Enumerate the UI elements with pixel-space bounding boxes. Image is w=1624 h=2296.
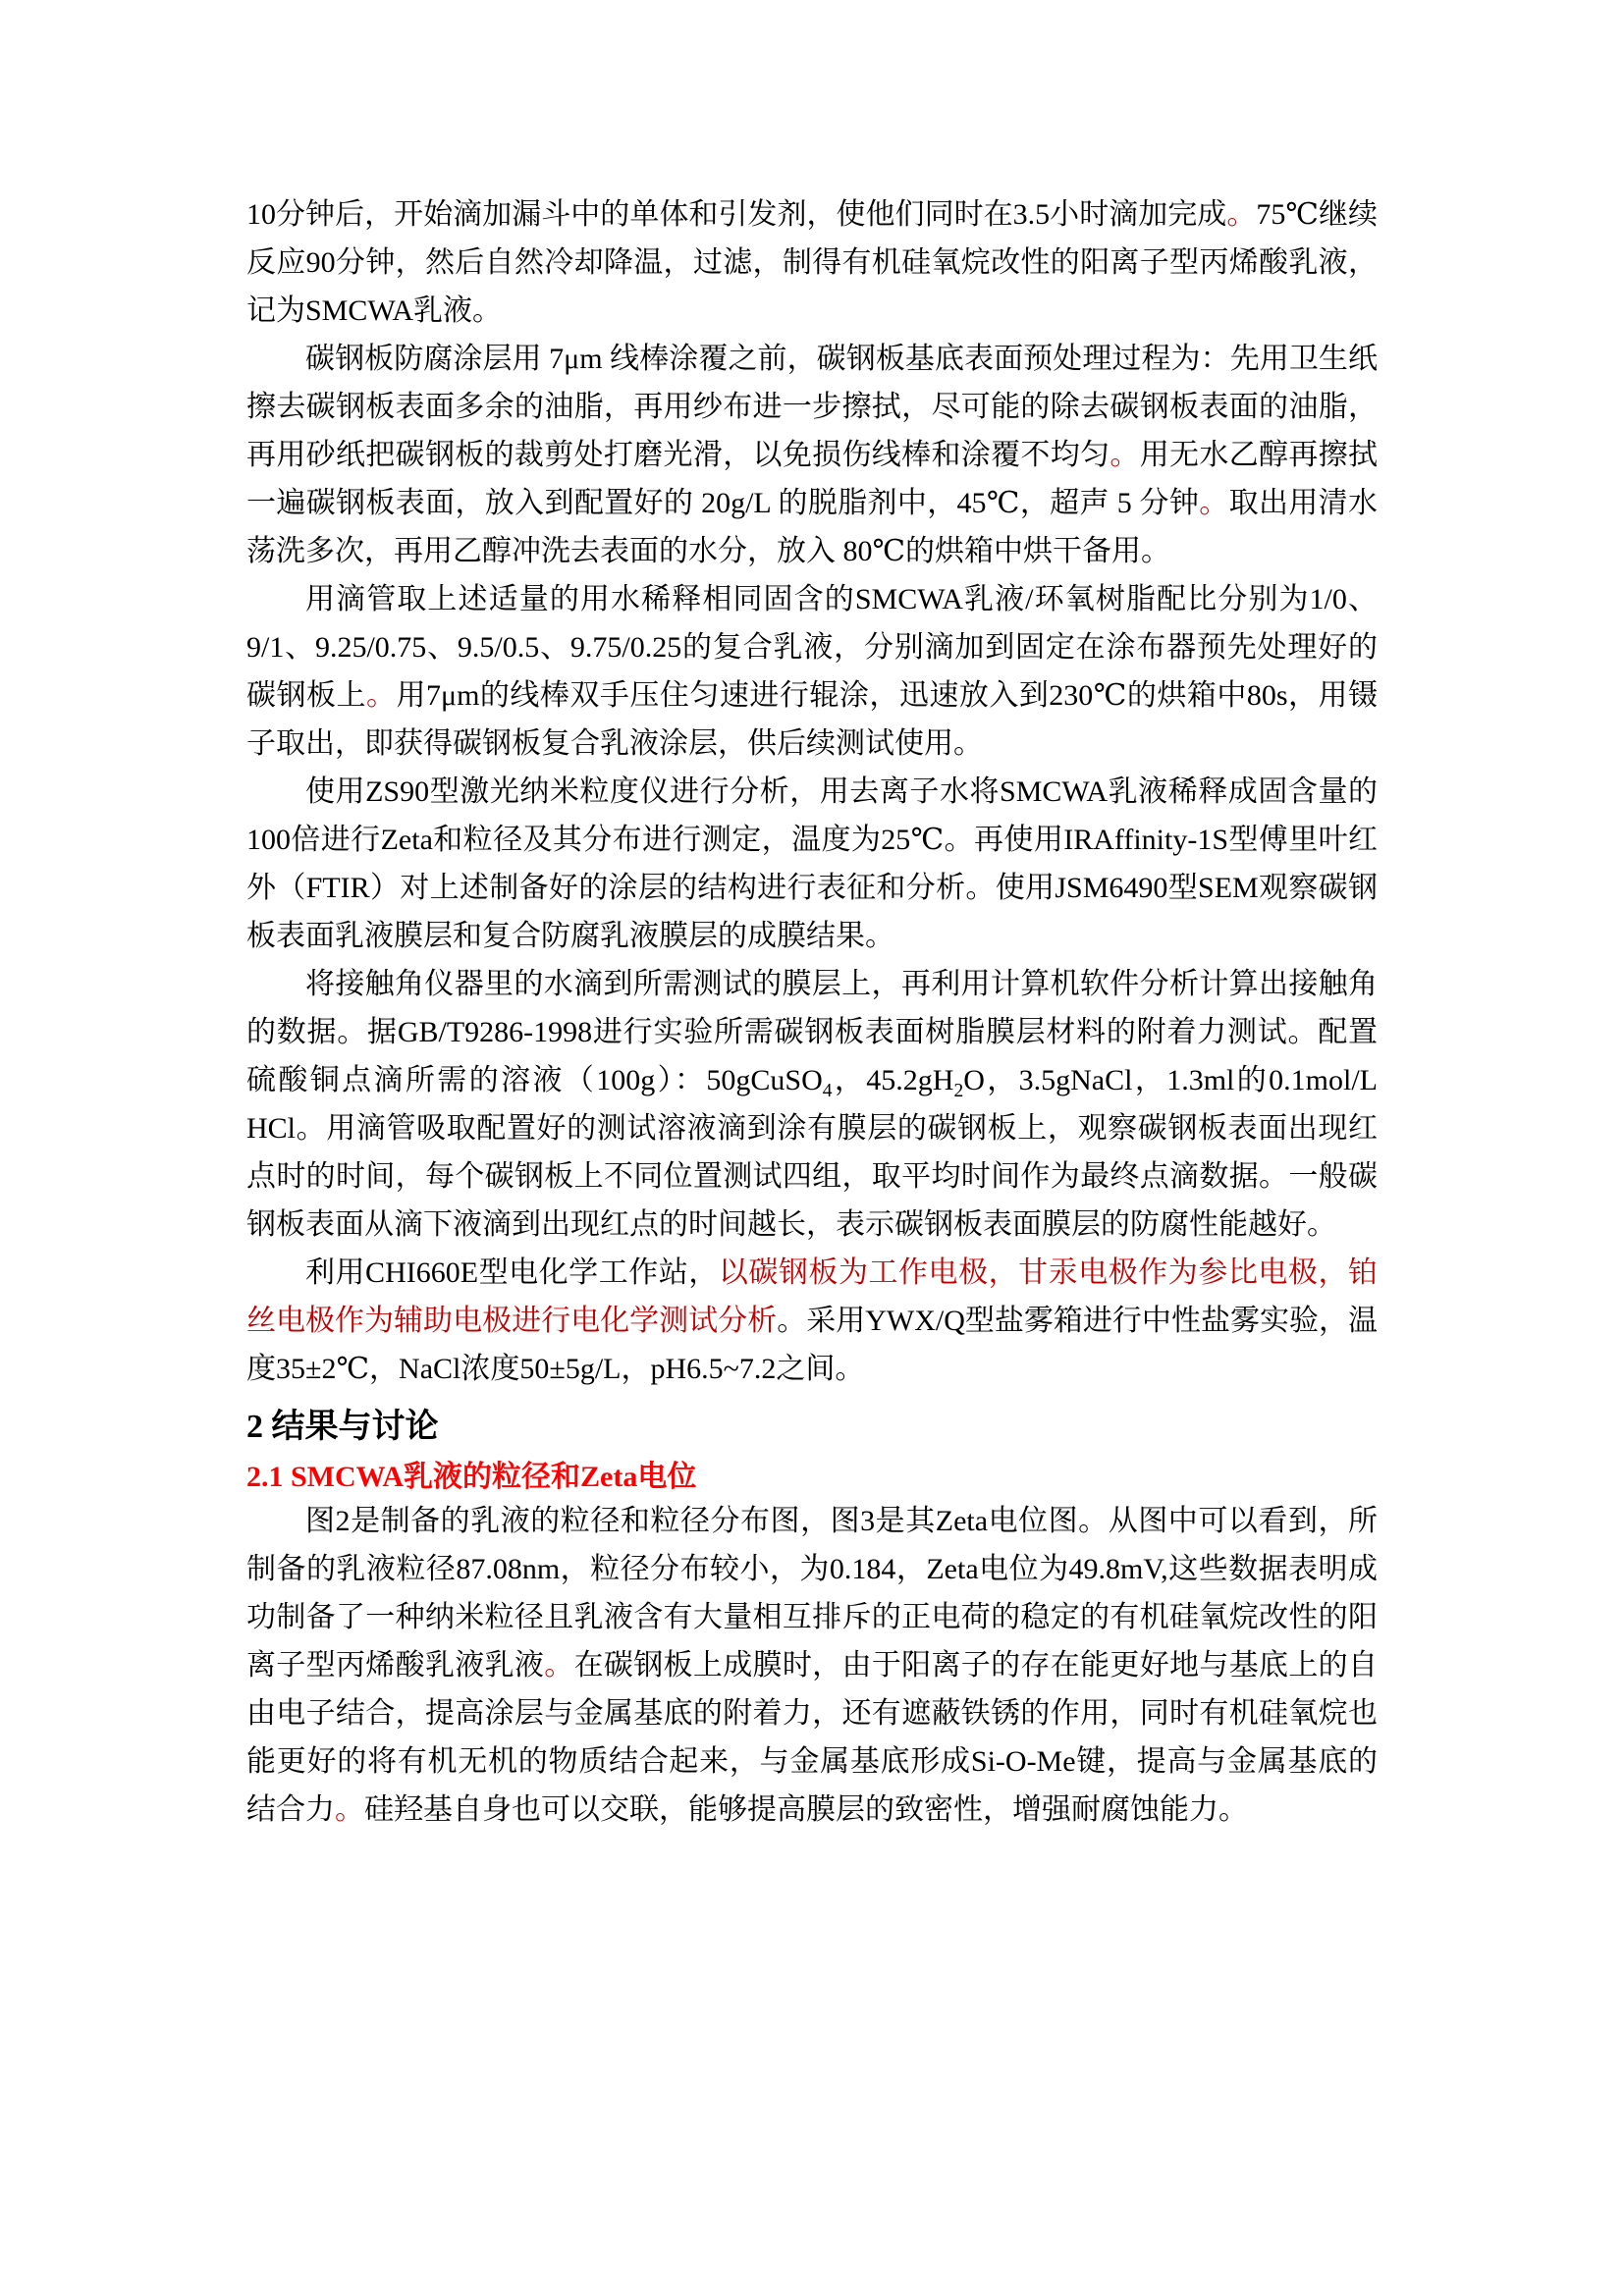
subscript-text: 4 (823, 1081, 833, 1101)
text-segment: 用7μm的线棒双手压住匀速进行辊涂，迅速放入到230℃的烘箱中80s，用镊子取出… (246, 679, 1378, 760)
subscript-text: 2 (953, 1081, 963, 1101)
red-emphasis-text: 。 (335, 1793, 364, 1826)
red-emphasis-text: 。 (366, 679, 397, 712)
text-segment: ，45.2gH (833, 1064, 954, 1096)
paragraph: 碳钢板防腐涂层用 7μm 线棒涂覆之前，碳钢板基底表面预处理过程为：先用卫生纸擦… (246, 335, 1378, 575)
red-emphasis-text: 。 (544, 1649, 573, 1682)
paragraph: 10分钟后，开始滴加漏斗中的单体和引发剂，使他们同时在3.5小时滴加完成。75℃… (246, 190, 1378, 335)
paragraph: 使用ZS90型激光纳米粒度仪进行分析，用去离子水将SMCWA乳液稀释成固含量的1… (246, 768, 1378, 960)
document-page: 10分钟后，开始滴加漏斗中的单体和引发剂，使他们同时在3.5小时滴加完成。75℃… (0, 0, 1624, 2296)
text-segment: 10分钟后，开始滴加漏斗中的单体和引发剂，使他们同时在3.5小时滴加完成 (246, 198, 1226, 231)
red-emphasis-text: 。 (1110, 439, 1139, 471)
red-emphasis-text: 。 (1226, 198, 1256, 231)
section-heading: 2 结果与讨论 (246, 1405, 1378, 1450)
subsection-heading: 2.1 SMCWA乳液的粒径和Zeta电位 (246, 1458, 1378, 1497)
text-segment: 硅羟基自身也可以交联，能够提高膜层的致密性，增强耐腐蚀能力。 (364, 1793, 1248, 1826)
red-emphasis-text: 。 (1199, 487, 1228, 519)
text-segment: 使用ZS90型激光纳米粒度仪进行分析，用去离子水将SMCWA乳液稀释成固含量的1… (246, 775, 1378, 952)
document-body: 10分钟后，开始滴加漏斗中的单体和引发剂，使他们同时在3.5小时滴加完成。75℃… (246, 190, 1378, 1834)
text-segment: 利用CHI660E型电化学工作站， (305, 1256, 719, 1289)
paragraph: 将接触角仪器里的水滴到所需测试的膜层上，再利用计算机软件分析计算出接触角的数据。… (246, 960, 1378, 1249)
paragraph: 用滴管取上述适量的用水稀释相同固含的SMCWA乳液/环氧树脂配比分别为1/0、9… (246, 575, 1378, 768)
paragraph: 利用CHI660E型电化学工作站，以碳钢板为工作电极，甘汞电极作为参比电极，铂丝… (246, 1249, 1378, 1393)
paragraph: 图2是制备的乳液的粒径和粒径分布图，图3是其Zeta电位图。从图中可以看到，所制… (246, 1497, 1378, 1834)
